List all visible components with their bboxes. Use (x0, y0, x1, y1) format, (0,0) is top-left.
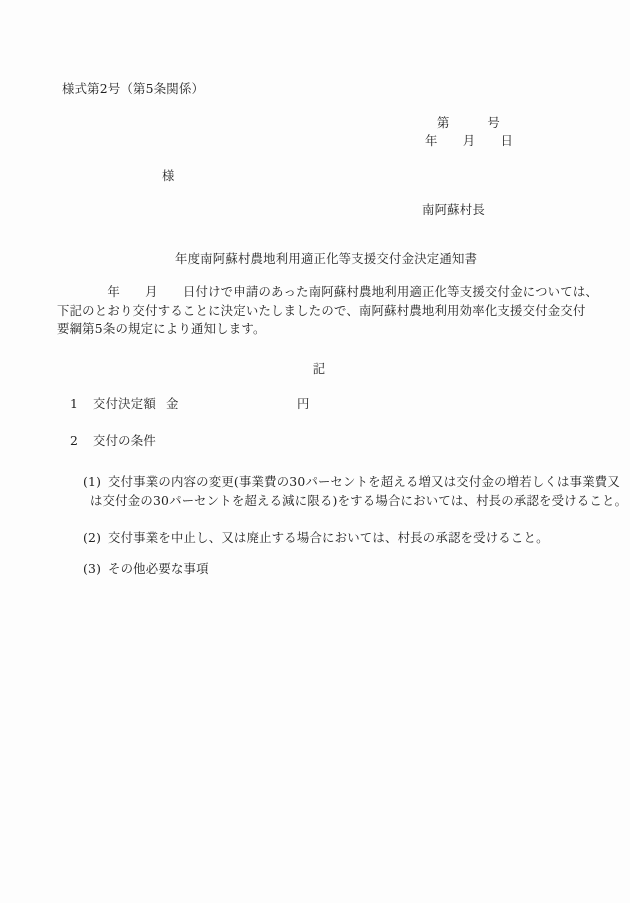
body-line-1: 年 月 日付けで申請のあった南阿蘇村農地利用適正化等支援交付金については、 (57, 285, 598, 300)
form-number: 様式第2号（第5条関係） (62, 82, 204, 97)
sender-title: 南阿蘇村長 (422, 203, 485, 218)
condition-2-number: (2) (83, 531, 101, 546)
document-title: 年度南阿蘇村農地利用適正化等支援交付金決定通知書 (175, 252, 477, 267)
decided-amount-currency-suffix: 円 (297, 397, 310, 412)
record-marker: 記 (0, 362, 630, 377)
decided-amount-label: 交付決定額 (93, 397, 156, 412)
document-page: 様式第2号（第5条関係） 第 号 年 月 日 様 南阿蘇村長 年度南阿蘇村農地利… (0, 0, 630, 903)
condition-3-number: (3) (83, 562, 101, 577)
condition-1-line-2: は交付金の30パーセントを超える減に限る)をする場合においては、村長の承認を受け… (90, 494, 627, 509)
decided-amount-currency-prefix: 金 (166, 397, 179, 412)
body-line-2: 下記のとおり交付することに決定いたしましたので、南阿蘇村農地利用効率化支援交付金… (57, 304, 586, 319)
decided-amount-number: 1 (70, 397, 78, 412)
date-line: 年 月 日 (425, 134, 513, 149)
document-number-line: 第 号 (437, 116, 500, 131)
condition-3-line-1: その他必要な事項 (108, 562, 209, 577)
condition-1-number: (1) (83, 475, 101, 490)
conditions-section-label: 交付の条件 (93, 434, 156, 449)
condition-2-line-1: 交付事業を中止し、又は廃止する場合においては、村長の承認を受けること。 (108, 531, 549, 546)
conditions-section-number: 2 (70, 434, 78, 449)
condition-1-line-1: 交付事業の内容の変更(事業費の30パーセントを超える増又は交付金の増若しくは事業… (108, 475, 620, 490)
addressee-honorific: 様 (162, 169, 175, 184)
body-line-3: 要綱第5条の規定により通知します。 (57, 322, 266, 337)
